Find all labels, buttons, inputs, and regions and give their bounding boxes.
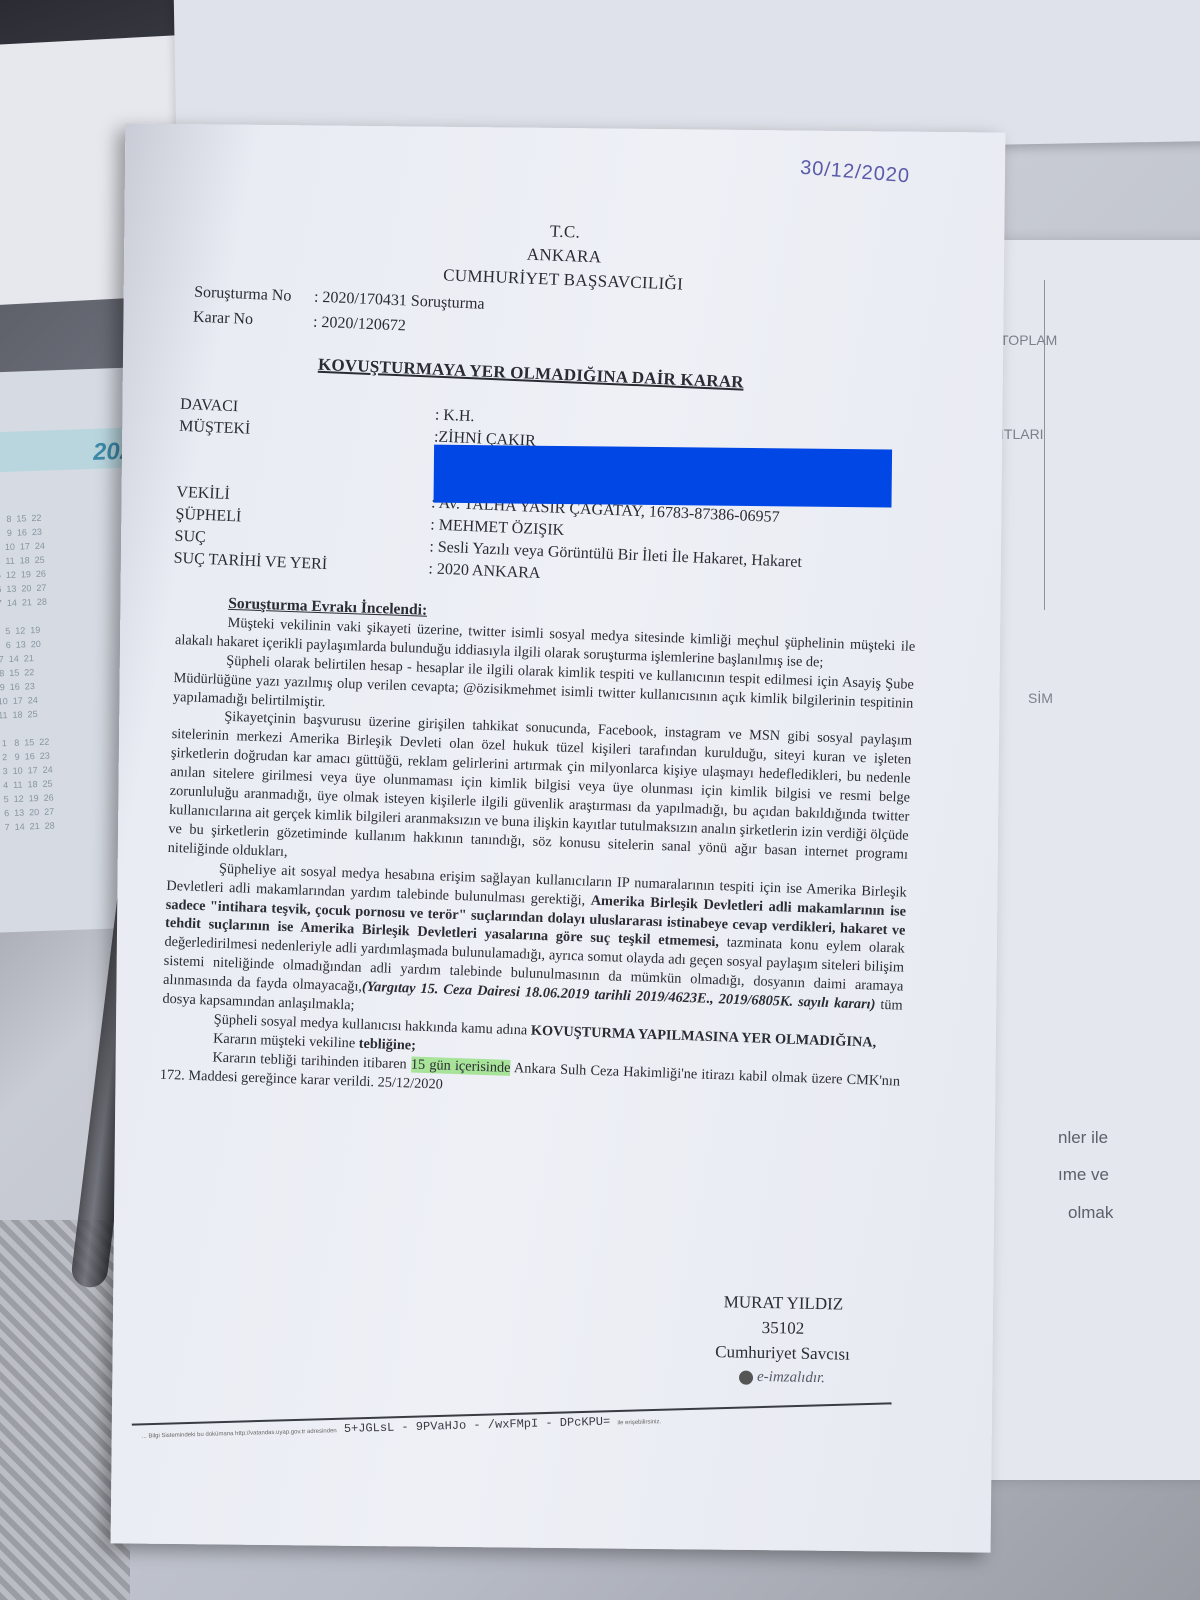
signature-block: MURAT YILDIZ 35102 Cumhuriyet Savcısı e-… [702, 1289, 864, 1392]
decision-document: 30/12/2020 T.C. ANKARA CUMHURİYET BAŞSAV… [111, 123, 1006, 1552]
meta-label: Karar No [193, 305, 314, 335]
e-signature: e-imzalıdır. [702, 1364, 862, 1392]
form-label-toplam: TOPLAM [1000, 332, 1057, 348]
prosecutor-number: 35102 [703, 1314, 863, 1342]
form-text-1: nler ile [1058, 1128, 1108, 1148]
case-meta: Soruşturma No : 2020/170431 Soruşturma K… [193, 280, 486, 342]
meta-value: : 2020/120672 [312, 310, 406, 339]
paragraph: Şikayetçinin başvurusu üzerine girişilen… [167, 706, 912, 883]
document-body: Soruşturma Evrakı İncelendi: Müşteki vek… [160, 593, 917, 1110]
paragraph: Şüpheliye ait sosyal medya hesabına eriş… [162, 858, 907, 1035]
document-title: KOVUŞTURMAYA YER OLMADIĞINA DAİR KARAR [318, 355, 745, 393]
prosecutor-name: MURAT YILDIZ [703, 1289, 863, 1317]
handwritten-date: 30/12/2020 [799, 157, 911, 189]
form-text-3: olmak [1068, 1203, 1113, 1223]
seal-icon [739, 1370, 753, 1384]
redaction-box [434, 445, 893, 508]
form-text-2: ıme ve [1058, 1165, 1109, 1185]
form-label-sim: SİM [1028, 690, 1053, 706]
highlighted-deadline: 15 gün içerisinde [411, 1056, 511, 1075]
prosecutor-title: Cumhuriyet Savcısı [702, 1339, 862, 1367]
form-label-itlari: ITLARI [1000, 426, 1044, 442]
